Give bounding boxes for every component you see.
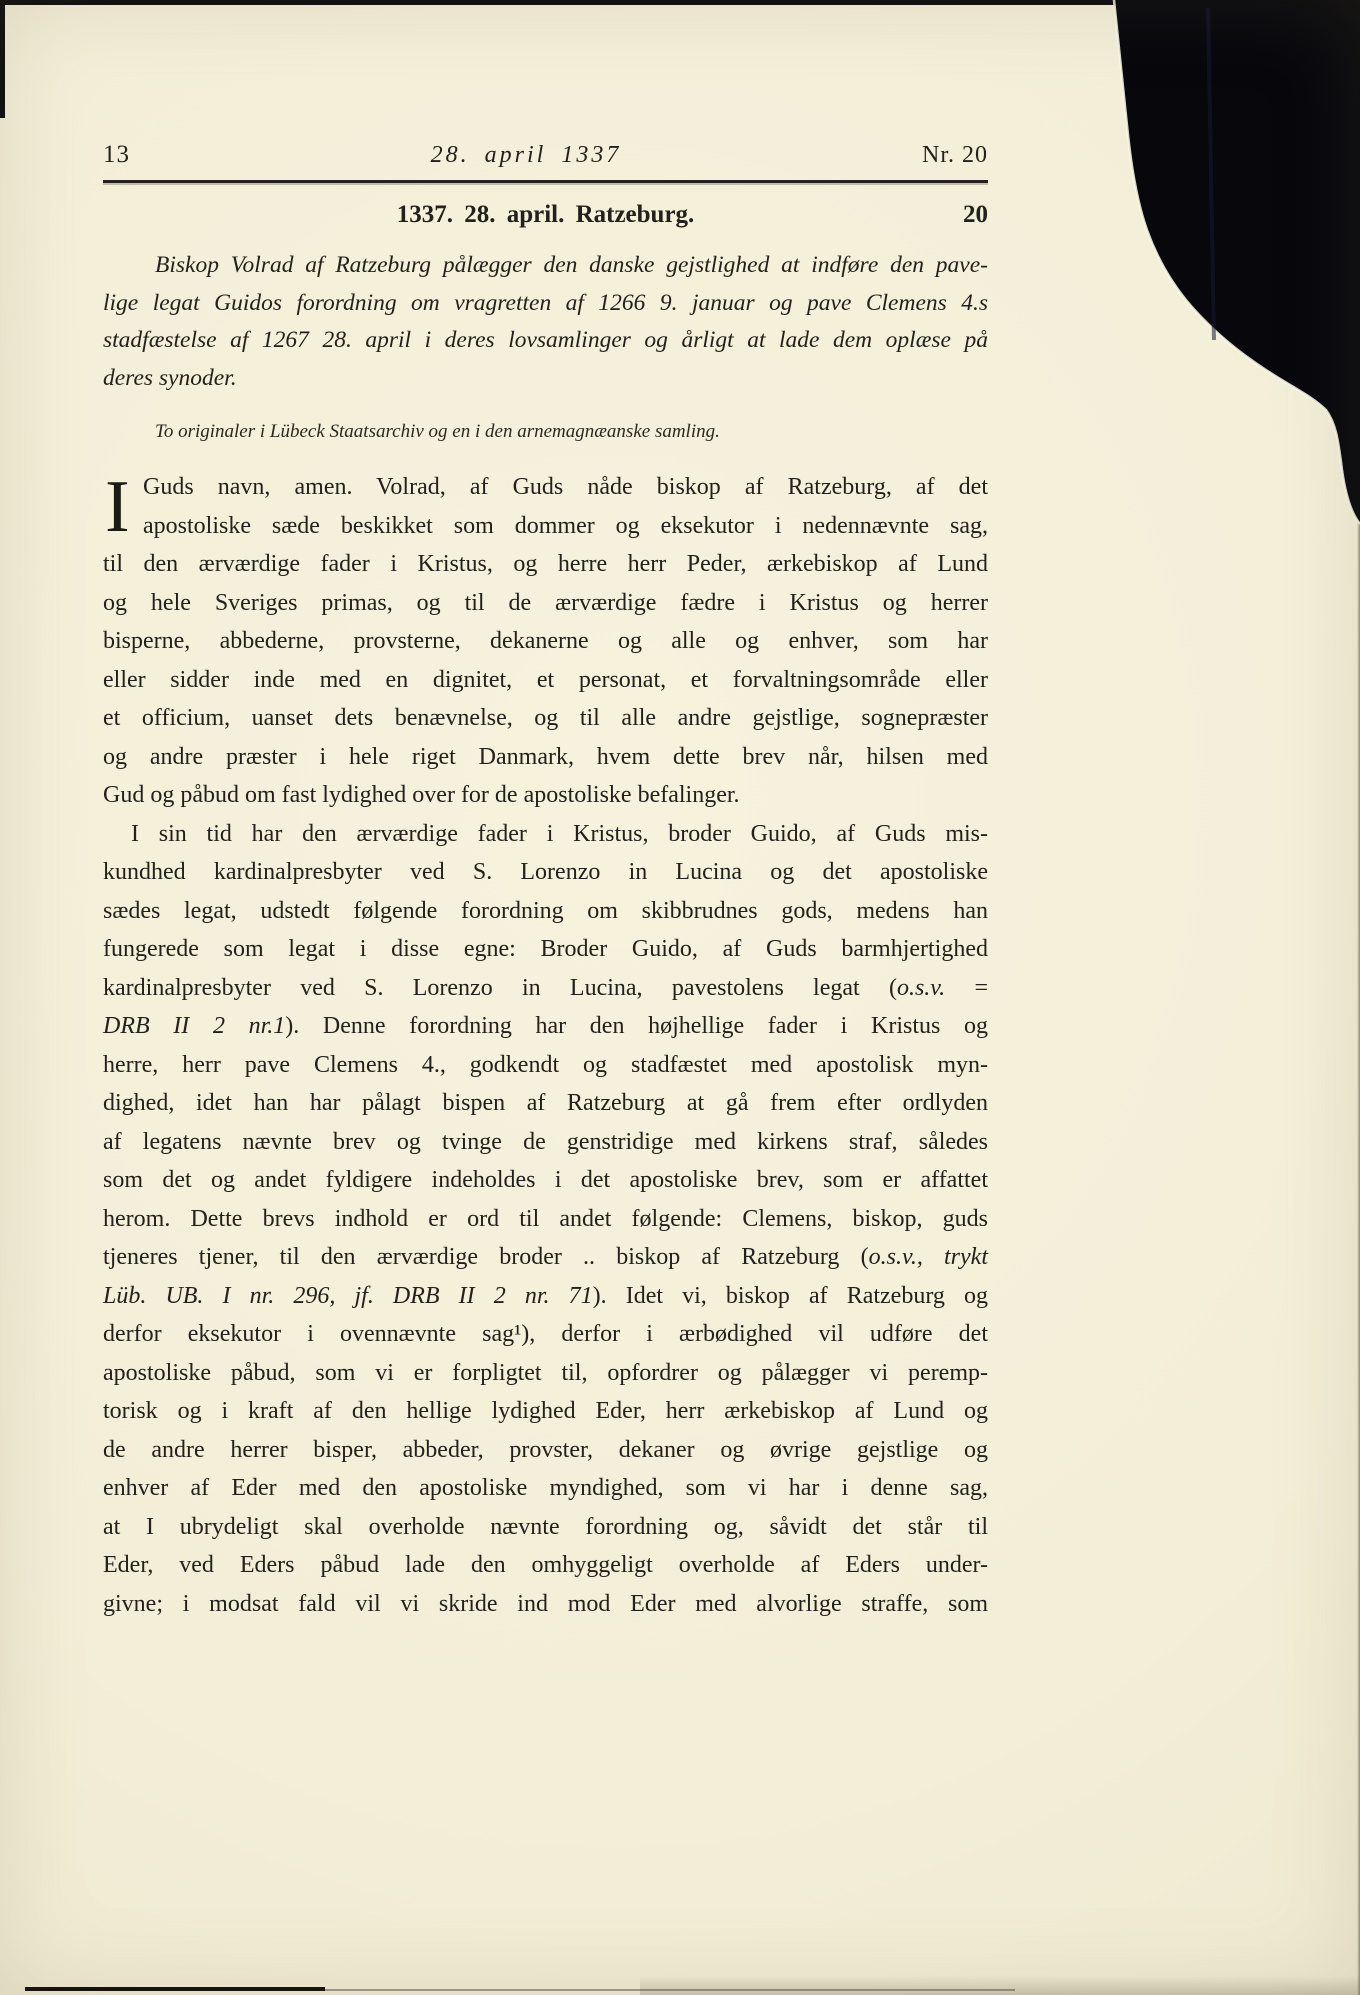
text-line: de andre herrer bisper, abbeder, provste… — [103, 1431, 988, 1470]
scan-bottom-smudge — [640, 1976, 1360, 1995]
text-line: tjeneres tjener, til den ærværdige brode… — [103, 1238, 988, 1277]
text-line: I sin tid har den ærværdige fader i Kris… — [103, 815, 988, 854]
text-line: enhver af Eder med den apostoliske myndi… — [103, 1469, 988, 1508]
document-title: 1337. 28. april. Ratzeburg. — [103, 201, 988, 229]
document-body: IGuds navn, amen. Volrad, af Guds nåde b… — [103, 468, 988, 1623]
text-line: som det og andet fyldigere indeholdes i … — [103, 1161, 988, 1200]
text-line: DRB II 2 nr.1). Denne forordning har den… — [103, 1007, 988, 1046]
document-heading: 1337. 28. april. Ratzeburg. 20 — [103, 201, 988, 229]
text-line: af legatens nævnte brev og tvinge de gen… — [103, 1123, 988, 1162]
text-line: herre, herr pave Clemens 4., godkendt og… — [103, 1046, 988, 1085]
text-line: Lüb. UB. I nr. 296, jf. DRB II 2 nr. 71)… — [103, 1277, 988, 1316]
text-line: deres synoder. — [103, 360, 988, 398]
text-line: Guds navn, amen. Volrad, af Guds nåde bi… — [103, 468, 988, 507]
scan-crease-line — [1208, 8, 1214, 340]
text-line: eller sidder inde med en dignitet, et pe… — [103, 661, 988, 700]
header-rule — [103, 180, 988, 183]
paragraph: IGuds navn, amen. Volrad, af Guds nåde b… — [103, 468, 988, 815]
text-line: Eder, ved Eders påbud lade den omhyggeli… — [103, 1546, 988, 1585]
scan-edge-left — [0, 0, 5, 118]
text-line: sædes legat, udstedt følgende forordning… — [103, 892, 988, 931]
drop-cap: I — [105, 470, 130, 544]
text-line: bisperne, abbederne, provsterne, dekaner… — [103, 622, 988, 661]
text-line: Biskop Volrad af Ratzeburg pålægger den … — [103, 247, 988, 285]
text-line: fungerede som legat i disse egne: Broder… — [103, 930, 988, 969]
text-line: et officium, uanset dets benævnelse, og … — [103, 699, 988, 738]
running-title: 28. april 1337 — [431, 142, 622, 169]
text-line: dighed, idet han har pålagt bispen af Ra… — [103, 1084, 988, 1123]
text-line: givne; i modsat fald vil vi skride ind m… — [103, 1585, 988, 1624]
text-line: herom. Dette brevs indhold er ord til an… — [103, 1200, 988, 1239]
text-line: kundhed kardinalpresbyter ved S. Lorenzo… — [103, 853, 988, 892]
text-line: apostoliske sæde beskikket som dommer og… — [103, 507, 988, 546]
text-line: til den ærværdige fader i Kristus, og he… — [103, 545, 988, 584]
scan-edge-top — [0, 0, 1360, 5]
document-number: 20 — [963, 201, 988, 229]
text-line: stadfæstelse af 1267 28. april i deres l… — [103, 322, 988, 360]
text-line: Gud og påbud om fast lydighed over for d… — [103, 776, 988, 815]
text-line: derfor eksekutor i ovennævnte sag¹), der… — [103, 1315, 988, 1354]
page-header: 13 28. april 1337 Nr. 20 — [103, 141, 988, 169]
scanned-page: 13 28. april 1337 Nr. 20 1337. 28. april… — [0, 0, 1360, 1995]
text-line: og hele Sveriges primas, og til de ærvær… — [103, 584, 988, 623]
text-line: at I ubrydeligt skal overholde nævnte fo… — [103, 1508, 988, 1547]
text-line: apostoliske påbud, som vi er forpligtet … — [103, 1354, 988, 1393]
source-note: To originaler i Lübeck Staatsarchiv og e… — [103, 421, 988, 443]
summary-paragraph: Biskop Volrad af Ratzeburg pålægger den … — [103, 247, 988, 397]
text-line: kardinalpresbyter ved S. Lorenzo in Luci… — [103, 969, 988, 1008]
scan-edge-bottom — [25, 1987, 325, 1991]
document-number-label: Nr. 20 — [922, 142, 988, 169]
paragraph: Biskop Volrad af Ratzeburg pålægger den … — [103, 247, 988, 397]
text-line: torisk og i kraft af den hellige lydighe… — [103, 1392, 988, 1431]
text-line: og andre præster i hele riget Danmark, h… — [103, 738, 988, 777]
page-number: 13 — [103, 141, 130, 169]
text-line: lige legat Guidos forordning om vragrett… — [103, 285, 988, 323]
paragraph: I sin tid har den ærværdige fader i Kris… — [103, 815, 988, 1624]
